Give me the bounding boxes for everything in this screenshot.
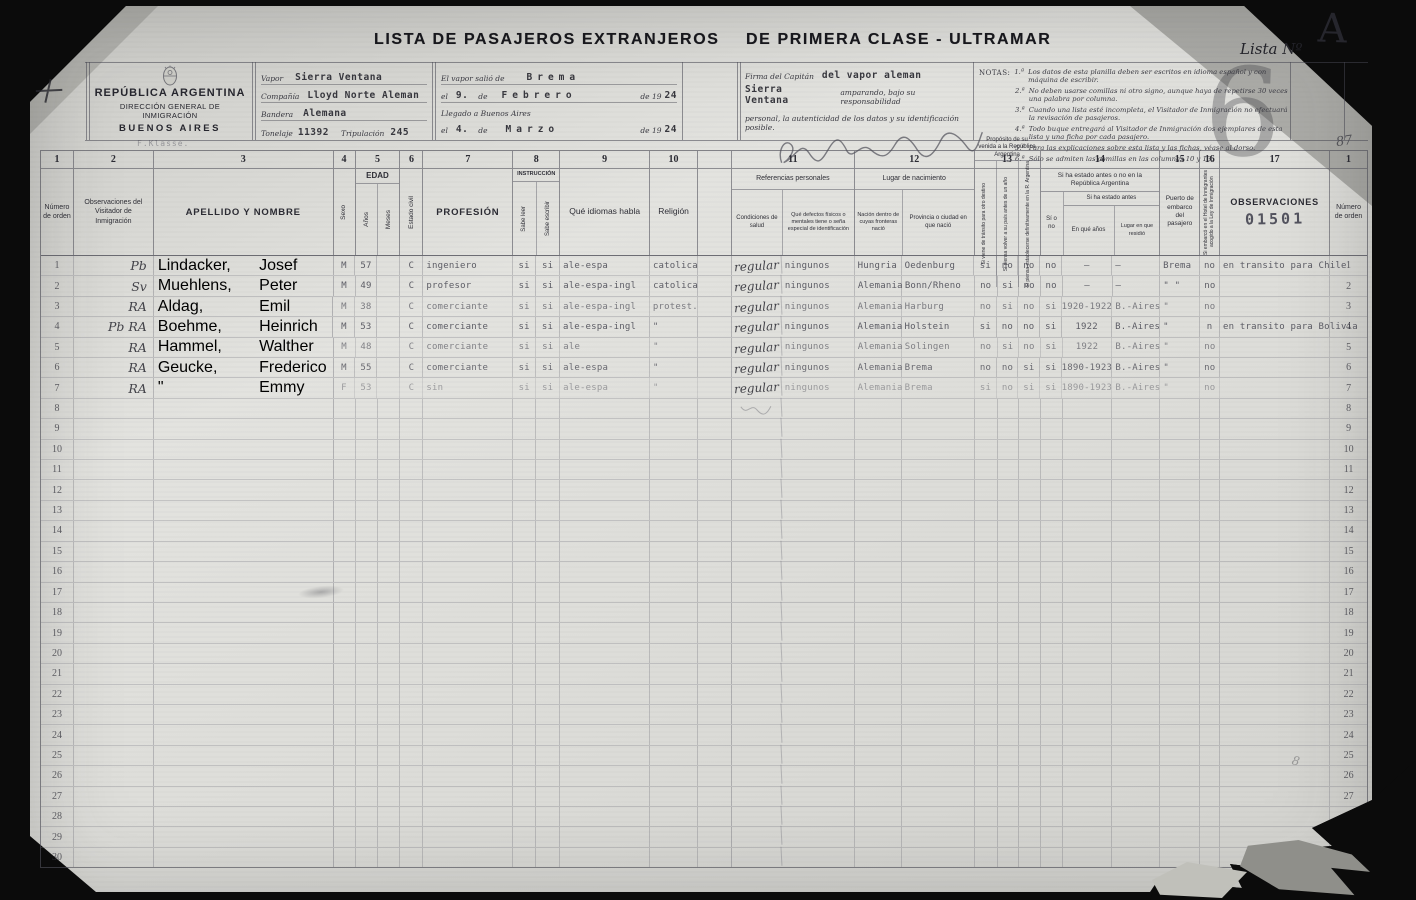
age-months-cell	[378, 685, 401, 704]
header-age: EDAD	[364, 171, 391, 181]
health-cell: regular	[731, 336, 782, 358]
religion-cell	[650, 807, 698, 826]
port-cell: Brema	[1160, 256, 1200, 275]
table-row: 1818	[41, 603, 1367, 623]
transit-cell	[975, 623, 998, 642]
can-write-cell	[536, 562, 560, 581]
transit-cell	[975, 766, 998, 785]
hotel-cell	[1200, 746, 1220, 765]
years-cell	[1063, 399, 1113, 418]
note-line: NOTAS: 1.ª Los datos de esta planilla de…	[979, 69, 1291, 85]
table-row: 1515	[41, 542, 1367, 562]
defects-cell	[782, 807, 855, 826]
birth-province-cell: Brema	[902, 378, 975, 397]
row-number-left: 9	[41, 419, 74, 438]
age-months-cell	[378, 766, 401, 785]
return-cell	[998, 848, 1019, 867]
note-text: No deben usarse comillas ni otro signo, …	[1029, 88, 1291, 104]
age-months-cell	[377, 276, 400, 295]
table-row: 2525	[41, 746, 1367, 766]
residence-cell	[1112, 705, 1160, 724]
settle-cell: no	[1018, 317, 1040, 336]
settle-cell	[1019, 848, 1041, 867]
hotel-cell	[1200, 644, 1220, 663]
passenger-name	[154, 562, 334, 581]
birth-province-cell	[902, 725, 975, 744]
birth-nation-cell	[855, 419, 902, 438]
years-cell	[1063, 623, 1113, 642]
row-number-right: 19	[1330, 623, 1367, 642]
profession-cell	[423, 603, 513, 622]
can-write-cell: si	[536, 358, 560, 377]
age-years-cell	[356, 460, 378, 479]
sex-cell	[334, 787, 356, 806]
col-number: 1	[41, 151, 74, 168]
row-number-right: 24	[1330, 725, 1367, 744]
row-number-left: 1	[41, 256, 74, 275]
can-read-cell	[513, 827, 536, 846]
hotel-cell: n	[1200, 317, 1220, 336]
profession-cell: comerciante	[423, 338, 513, 357]
col-number: 6	[400, 151, 423, 168]
table-row: 29	[41, 827, 1367, 847]
observations-cell	[1220, 419, 1330, 438]
birth-nation-cell	[855, 542, 902, 561]
observations-cell	[1220, 664, 1330, 683]
age-years-cell: 48	[356, 338, 378, 357]
table-row: 3RAAldag,EmilM38Ccomerciantesisiale-espa…	[41, 297, 1367, 317]
birth-province-cell	[902, 705, 975, 724]
been-before-cell	[1041, 603, 1063, 622]
row-number-left: 16	[41, 562, 74, 581]
header-spacer	[698, 169, 732, 255]
residence-cell	[1112, 848, 1160, 867]
age-months-cell	[377, 338, 400, 357]
header-name: APELLIDO Y NOMBRE	[186, 207, 301, 218]
observations-cell	[1220, 440, 1330, 459]
port-cell	[1160, 746, 1200, 765]
observations-cell	[1220, 725, 1330, 744]
can-write-cell	[536, 725, 560, 744]
birth-nation-cell	[855, 766, 902, 785]
hotel-cell	[1200, 419, 1220, 438]
been-before-cell	[1041, 827, 1063, 846]
can-write-cell	[536, 501, 560, 520]
return-cell	[998, 623, 1019, 642]
visitor-mark	[74, 725, 154, 744]
residence-cell	[1112, 725, 1160, 744]
years-cell	[1063, 419, 1113, 438]
row-number-right: 1	[1330, 256, 1367, 275]
age-years-cell: 53	[355, 317, 377, 336]
visitor-mark: RA	[74, 378, 154, 397]
civil-status-cell: C	[400, 297, 423, 316]
defects-cell	[782, 725, 855, 744]
can-write-cell	[536, 644, 560, 663]
can-write-cell	[536, 705, 560, 724]
can-write-cell	[536, 583, 560, 602]
table-row: 2SvMuehlens,PeterM49Cprofesorsisiale-esp…	[41, 276, 1367, 296]
row-number-right: 5	[1330, 338, 1367, 357]
hotel-cell	[1200, 705, 1220, 724]
col-number: 14	[1041, 151, 1161, 168]
years-cell	[1063, 705, 1113, 724]
birth-nation-cell	[855, 501, 902, 520]
years-cell: 1890-1923	[1062, 358, 1112, 377]
residence-cell: B.-Aires	[1112, 297, 1160, 316]
civil-status-cell	[400, 623, 423, 642]
hotel-cell: no	[1200, 338, 1220, 357]
row-number-right: 18	[1330, 603, 1367, 622]
profession-cell	[423, 419, 513, 438]
can-read-cell	[513, 480, 536, 499]
cross-mark-icon	[34, 76, 64, 111]
years-cell	[1063, 766, 1113, 785]
notes-label: NOTAS:	[979, 69, 1010, 85]
age-months-cell	[378, 848, 401, 867]
health-cell	[732, 785, 783, 807]
passenger-name	[154, 501, 334, 520]
age-months-cell	[378, 807, 401, 826]
lleg-day: 4.	[456, 124, 468, 135]
residence-cell: B.-Aires	[1112, 378, 1160, 397]
hotel-cell	[1200, 480, 1220, 499]
birth-nation-cell: Alemania	[855, 317, 902, 336]
age-months-cell	[378, 521, 401, 540]
table-row: 1111	[41, 460, 1367, 480]
been-before-cell	[1041, 664, 1063, 683]
health-cell	[732, 642, 783, 664]
return-cell	[998, 419, 1019, 438]
age-years-cell	[356, 685, 378, 704]
scanned-document-photo: LISTA DE PASAJEROS EXTRANJEROS DE PRIMER…	[0, 0, 1416, 900]
return-cell: no	[997, 378, 1018, 397]
transit-cell	[975, 685, 998, 704]
been-before-cell	[1041, 787, 1063, 806]
gap-cell	[698, 603, 732, 622]
defects-cell	[782, 705, 855, 724]
observations-cell: en transito para Chile	[1220, 256, 1330, 275]
table-row: 1PbLindacker,JosefM57Cingenierosisiale-e…	[41, 256, 1367, 276]
profession-cell	[423, 583, 513, 602]
header-hotel: Si embarcó en el Hotel de Inmigrantes ac…	[1204, 169, 1216, 255]
can-write-cell	[536, 685, 560, 704]
age-years-cell	[356, 623, 378, 642]
gap-cell	[698, 583, 732, 602]
hotel-cell: no	[1200, 276, 1220, 295]
port-cell	[1160, 623, 1200, 642]
age-years-cell	[356, 725, 378, 744]
lleg-month: Marzo	[506, 124, 560, 135]
visitor-mark	[74, 440, 154, 459]
hotel-cell	[1200, 460, 1220, 479]
years-cell	[1063, 440, 1113, 459]
observations-cell	[1220, 807, 1330, 826]
col-number: 7	[423, 151, 513, 168]
years-cell	[1063, 827, 1113, 846]
visitor-mark	[74, 460, 154, 479]
visitor-mark	[74, 419, 154, 438]
visitor-mark	[74, 807, 154, 826]
profession-cell	[423, 848, 513, 867]
header-order-number: Número de orden	[41, 203, 73, 221]
gap-cell	[698, 685, 732, 704]
box-rule	[740, 62, 741, 140]
birth-nation-cell: Alemania	[855, 378, 902, 397]
been-before-cell	[1041, 685, 1063, 704]
return-cell: si	[998, 338, 1019, 357]
can-read-cell: si	[513, 338, 536, 357]
defects-cell	[782, 419, 855, 438]
departure-port-row: El vapor salió de Brema	[441, 68, 677, 85]
been-before-cell	[1041, 848, 1063, 867]
hotel-cell	[1200, 542, 1220, 561]
can-write-cell: si	[536, 256, 560, 275]
gap-cell	[698, 399, 732, 418]
defects-cell	[782, 664, 855, 683]
years-cell: 1922	[1062, 317, 1112, 336]
captain-typed-1: del vapor aleman	[822, 70, 922, 81]
religion-cell	[650, 562, 698, 581]
birth-nation-cell: Alemania	[855, 338, 902, 357]
civil-status-cell	[400, 419, 423, 438]
settle-cell: si	[1018, 358, 1040, 377]
profession-cell: ingeniero	[423, 256, 513, 275]
birth-nation-cell	[855, 807, 902, 826]
passenger-name	[154, 848, 334, 867]
been-before-cell	[1041, 399, 1063, 418]
settle-cell	[1019, 623, 1041, 642]
vapor-label: Vapor	[261, 74, 283, 83]
hotel-cell	[1200, 685, 1220, 704]
sex-cell	[334, 848, 356, 867]
religion-cell	[650, 480, 698, 499]
birth-nation-cell	[855, 705, 902, 724]
row-number-right: 3	[1330, 297, 1367, 316]
transit-cell	[975, 664, 998, 683]
birth-province-cell	[902, 664, 975, 683]
can-write-cell	[536, 848, 560, 867]
birth-nation-cell	[855, 399, 902, 418]
profession-cell	[423, 807, 513, 826]
defects-cell	[782, 521, 855, 540]
birth-nation-cell	[855, 644, 902, 663]
row-number-right: 21	[1330, 664, 1367, 683]
table-row: 1010	[41, 440, 1367, 460]
age-years-cell	[356, 501, 378, 520]
age-months-cell	[378, 787, 401, 806]
header-religion: Religión	[656, 206, 691, 217]
table-row: 28	[41, 807, 1367, 827]
can-write-cell	[536, 521, 560, 540]
religion-cell	[650, 705, 698, 724]
years-cell	[1063, 725, 1113, 744]
languages-cell	[560, 521, 650, 540]
can-read-cell	[513, 664, 536, 683]
residence-cell	[1112, 419, 1160, 438]
religion-cell	[650, 583, 698, 602]
civil-status-cell	[400, 766, 423, 785]
transit-cell	[975, 399, 998, 418]
passenger-table: 1 2 3 4 5 6 7 8 9 10 11 12 13 14 15 16 1…	[40, 150, 1368, 868]
religion-cell	[650, 440, 698, 459]
birth-province-cell	[902, 542, 975, 561]
gap-cell	[698, 338, 732, 357]
birth-nation-cell	[855, 746, 902, 765]
been-before-cell	[1041, 521, 1063, 540]
table-body: 1PbLindacker,JosefM57Cingenierosisiale-e…	[41, 256, 1367, 867]
residence-cell	[1112, 501, 1160, 520]
civil-status-cell	[400, 501, 423, 520]
table-row: 4Pb RABoehme,HeinrichM53Ccomerciantesisi…	[41, 317, 1367, 337]
sex-cell	[334, 807, 356, 826]
religion-cell: "	[650, 317, 698, 336]
ship-name-row: Vapor Sierra Ventana	[261, 68, 427, 85]
age-months-cell	[378, 644, 401, 663]
compania-label: Compañía	[261, 92, 299, 101]
observations-cell	[1220, 603, 1330, 622]
column-numbers-row: 1 2 3 4 5 6 7 8 9 10 11 12 13 14 15 16 1…	[41, 151, 1367, 169]
age-years-cell: 55	[355, 358, 377, 377]
health-cell: regular	[731, 377, 782, 399]
languages-cell	[560, 848, 650, 867]
header-sex: Sexo	[340, 205, 347, 220]
profession-cell	[423, 440, 513, 459]
surname: Boehme,	[158, 318, 259, 336]
age-years-cell	[356, 440, 378, 459]
given-name: Peter	[259, 277, 332, 295]
port-cell	[1160, 644, 1200, 663]
been-before-cell	[1041, 501, 1063, 520]
visitor-mark	[74, 603, 154, 622]
return-cell	[998, 685, 1019, 704]
age-years-cell	[356, 766, 378, 785]
birth-nation-cell	[855, 623, 902, 642]
visitor-mark	[74, 787, 154, 806]
health-cell	[732, 520, 783, 542]
age-months-cell	[378, 542, 401, 561]
languages-cell: ale-espa-ingl	[560, 297, 650, 316]
transit-cell: no	[975, 297, 998, 316]
row-number-left: 26	[41, 766, 74, 785]
header-purpose-group: Propósito de su venida a la República Ar…	[975, 169, 1041, 255]
return-cell	[998, 746, 1019, 765]
agency-box: REPÚBLICA ARGENTINA DIRECCIÓN GENERAL DE…	[92, 65, 248, 134]
visitor-mark	[74, 827, 154, 846]
defects-cell: ningunos	[782, 378, 855, 397]
health-cell	[732, 540, 783, 562]
religion-cell	[650, 787, 698, 806]
observations-cell	[1220, 562, 1330, 581]
observations-cell	[1220, 644, 1330, 663]
birth-nation-cell	[855, 562, 902, 581]
birth-nation-cell	[855, 603, 902, 622]
birth-province-cell	[902, 399, 975, 418]
can-write-cell	[536, 603, 560, 622]
years-cell	[1063, 460, 1113, 479]
gap-cell	[698, 623, 732, 642]
table-row: 88	[41, 399, 1367, 419]
header-observations-group: OBSERVACIONES 01501	[1220, 169, 1330, 255]
passenger-name	[154, 623, 334, 642]
row-number-right	[1330, 807, 1367, 826]
been-before-cell	[1041, 542, 1063, 561]
civil-status-cell	[400, 583, 423, 602]
surname: "	[158, 379, 259, 397]
languages-cell	[560, 583, 650, 602]
birth-province-cell	[902, 685, 975, 704]
table-row: 2727	[41, 787, 1367, 807]
box-rule	[89, 62, 90, 140]
residence-cell: B.-Aires	[1112, 338, 1160, 357]
captain-line-2: Sierra Ventana amparando, bajo su respon…	[745, 84, 969, 106]
table-row: 5RAHammel,WaltherM48Ccomerciantesisiale"…	[41, 338, 1367, 358]
gap-cell	[698, 480, 732, 499]
col-number: 12	[855, 151, 975, 168]
transit-cell: no	[975, 358, 998, 377]
civil-status-cell: C	[400, 338, 423, 357]
languages-cell	[560, 644, 650, 663]
birth-province-cell	[902, 766, 975, 785]
row-number-left: 30	[41, 848, 74, 867]
row-number-right: 17	[1330, 583, 1367, 602]
religion-cell: "	[650, 378, 698, 397]
civil-status-cell: C	[400, 256, 423, 275]
de-label-2: de	[478, 126, 487, 135]
sex-cell	[334, 685, 356, 704]
residence-cell	[1112, 460, 1160, 479]
birth-province-cell	[902, 480, 975, 499]
birth-nation-cell: Hungria	[855, 256, 902, 275]
hotel-cell	[1200, 623, 1220, 642]
settle-cell	[1019, 521, 1041, 540]
table-row: 1313	[41, 501, 1367, 521]
row-number-right: 7	[1330, 378, 1367, 397]
can-read-cell	[513, 501, 536, 520]
can-read-cell	[513, 705, 536, 724]
col-number: 3	[154, 151, 334, 168]
header-observations: OBSERVACIONES	[1230, 197, 1319, 207]
birth-province-cell: Oedenburg	[902, 256, 975, 275]
hotel-cell	[1200, 521, 1220, 540]
port-cell	[1160, 440, 1200, 459]
ship-box: Vapor Sierra Ventana Compañía Lloyd Nort…	[261, 68, 427, 139]
observations-cell	[1220, 480, 1330, 499]
visitor-mark: Pb	[74, 256, 154, 275]
religion-cell	[650, 664, 698, 683]
el-label-2: el	[441, 126, 448, 135]
residence-cell: –	[1112, 256, 1160, 275]
table-row: 1212	[41, 480, 1367, 500]
sex-cell	[334, 725, 356, 744]
table-row: 30	[41, 848, 1367, 867]
transit-cell: si	[974, 256, 997, 275]
residence-cell	[1112, 603, 1160, 622]
defects-cell	[782, 827, 855, 846]
visitor-mark	[74, 746, 154, 765]
settle-cell	[1019, 562, 1041, 581]
can-read-cell	[513, 419, 536, 438]
age-months-cell	[378, 603, 401, 622]
religion-cell	[650, 685, 698, 704]
box-rule	[1344, 62, 1345, 140]
religion-cell	[650, 848, 698, 867]
settle-cell: no	[1019, 338, 1041, 357]
languages-cell: ale-espa	[560, 256, 650, 275]
port-cell	[1160, 399, 1200, 418]
been-before-cell	[1041, 440, 1063, 459]
row-number-left: 12	[41, 480, 74, 499]
